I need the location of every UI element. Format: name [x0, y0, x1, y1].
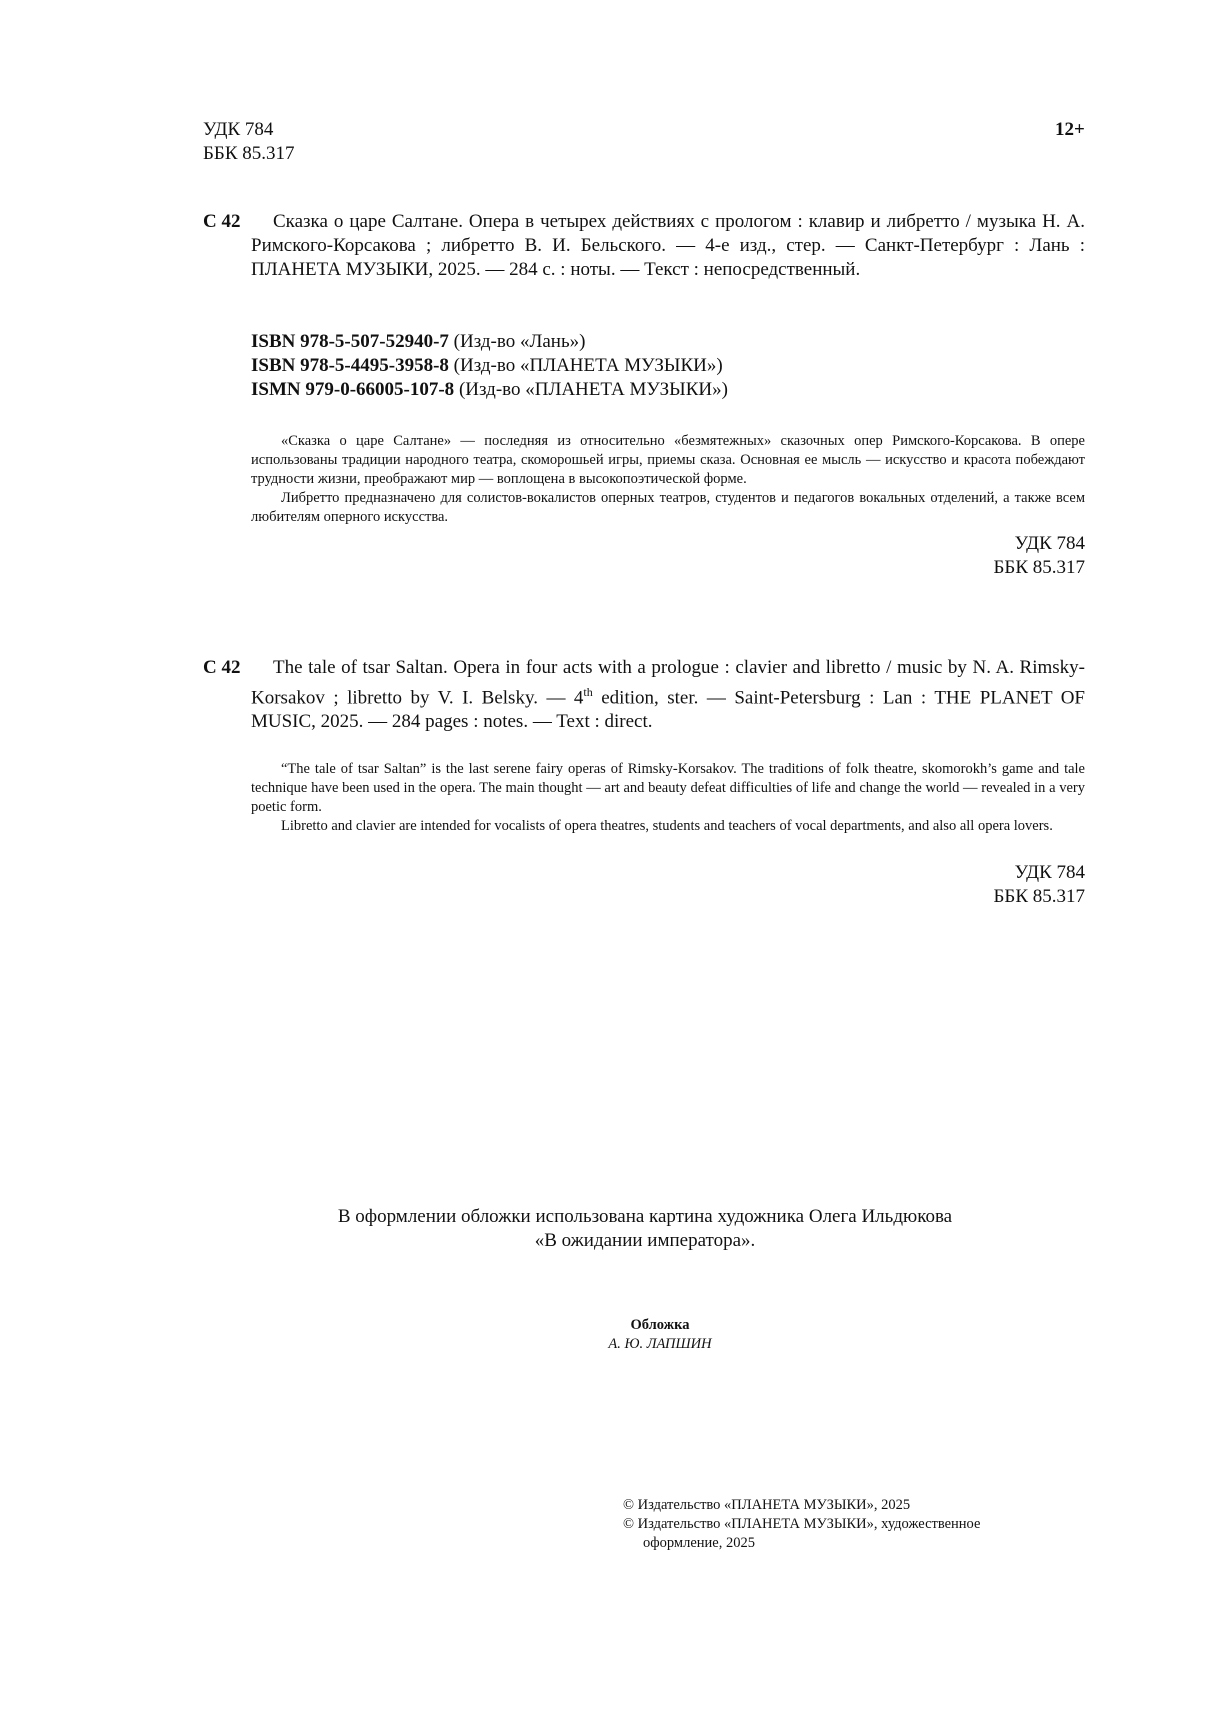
top-classification: УДК 784 ББК 85.317	[203, 118, 295, 166]
annotation-paragraph: Libretto and clavier are intended for vo…	[251, 817, 1085, 836]
bbk-code: ББК 85.317	[885, 556, 1085, 580]
annotation-paragraph: “The tale of tsar Saltan” is the last se…	[251, 760, 1085, 817]
cover-credit-label: Обложка	[460, 1316, 860, 1335]
identifier-number: ISMN 979-0-66005-107-8	[251, 379, 454, 400]
cover-credit: Обложка А. Ю. ЛАПШИН	[460, 1316, 860, 1354]
ordinal-suffix: th	[583, 685, 592, 699]
cover-art-note-line: В оформлении обложки использована картин…	[200, 1205, 1090, 1229]
udk-code: УДК 784	[885, 861, 1085, 885]
identifier-row: ISBN 978-5-507-52940-7 (Изд-во «Лань»)	[251, 330, 728, 354]
classification-en: УДК 784 ББК 85.317	[885, 861, 1085, 909]
identifier-publisher: (Изд-во «Лань»)	[454, 331, 586, 352]
author-mark: С 42	[203, 656, 240, 680]
catalog-entry-text: The tale of tsar Saltan. Opera in four a…	[203, 656, 1085, 734]
bbk-code: ББК 85.317	[885, 885, 1085, 909]
identifier-row: ISBN 978-5-4495-3958-8 (Изд-во «ПЛАНЕТА …	[251, 354, 728, 378]
catalog-entry-ru: С 42 Сказка о царе Салтане. Опера в четы…	[203, 210, 1085, 282]
classification-ru: УДК 784 ББК 85.317	[885, 532, 1085, 580]
catalog-entry-en: С 42 The tale of tsar Saltan. Opera in f…	[203, 656, 1085, 734]
identifier-number: ISBN 978-5-507-52940-7	[251, 331, 449, 352]
identifier-publisher: (Изд-во «ПЛАНЕТА МУЗЫКИ»)	[459, 379, 728, 400]
cover-designer-name: А. Ю. ЛАПШИН	[460, 1335, 860, 1354]
identifier-publisher: (Изд-во «ПЛАНЕТА МУЗЫКИ»)	[454, 355, 723, 376]
age-rating: 12+	[1055, 118, 1085, 142]
annotation-paragraph: «Сказка о царе Салтане» — последняя из о…	[251, 432, 1085, 489]
annotation-en: “The tale of tsar Saltan” is the last se…	[251, 760, 1085, 836]
annotation-paragraph: Либретто предназначено для солистов-вока…	[251, 489, 1085, 527]
bbk-code: ББК 85.317	[203, 142, 295, 166]
copyright-block: © Издательство «ПЛАНЕТА МУЗЫКИ», 2025 © …	[623, 1496, 1063, 1553]
annotation-ru: «Сказка о царе Салтане» — последняя из о…	[251, 432, 1085, 527]
udk-code: УДК 784	[203, 118, 295, 142]
copyright-line: © Издательство «ПЛАНЕТА МУЗЫКИ», художес…	[623, 1515, 1063, 1553]
catalog-entry-text: Сказка о царе Салтане. Опера в четырех д…	[203, 210, 1085, 282]
identifier-row: ISMN 979-0-66005-107-8 (Изд-во «ПЛАНЕТА …	[251, 378, 728, 402]
identifiers: ISBN 978-5-507-52940-7 (Изд-во «Лань») I…	[251, 330, 728, 402]
author-mark: С 42	[203, 210, 240, 234]
cover-art-note: В оформлении обложки использована картин…	[200, 1205, 1090, 1253]
copyright-line: © Издательство «ПЛАНЕТА МУЗЫКИ», 2025	[623, 1496, 1063, 1515]
cover-art-note-line: «В ожидании императора».	[200, 1229, 1090, 1253]
udk-code: УДК 784	[885, 532, 1085, 556]
identifier-number: ISBN 978-5-4495-3958-8	[251, 355, 449, 376]
